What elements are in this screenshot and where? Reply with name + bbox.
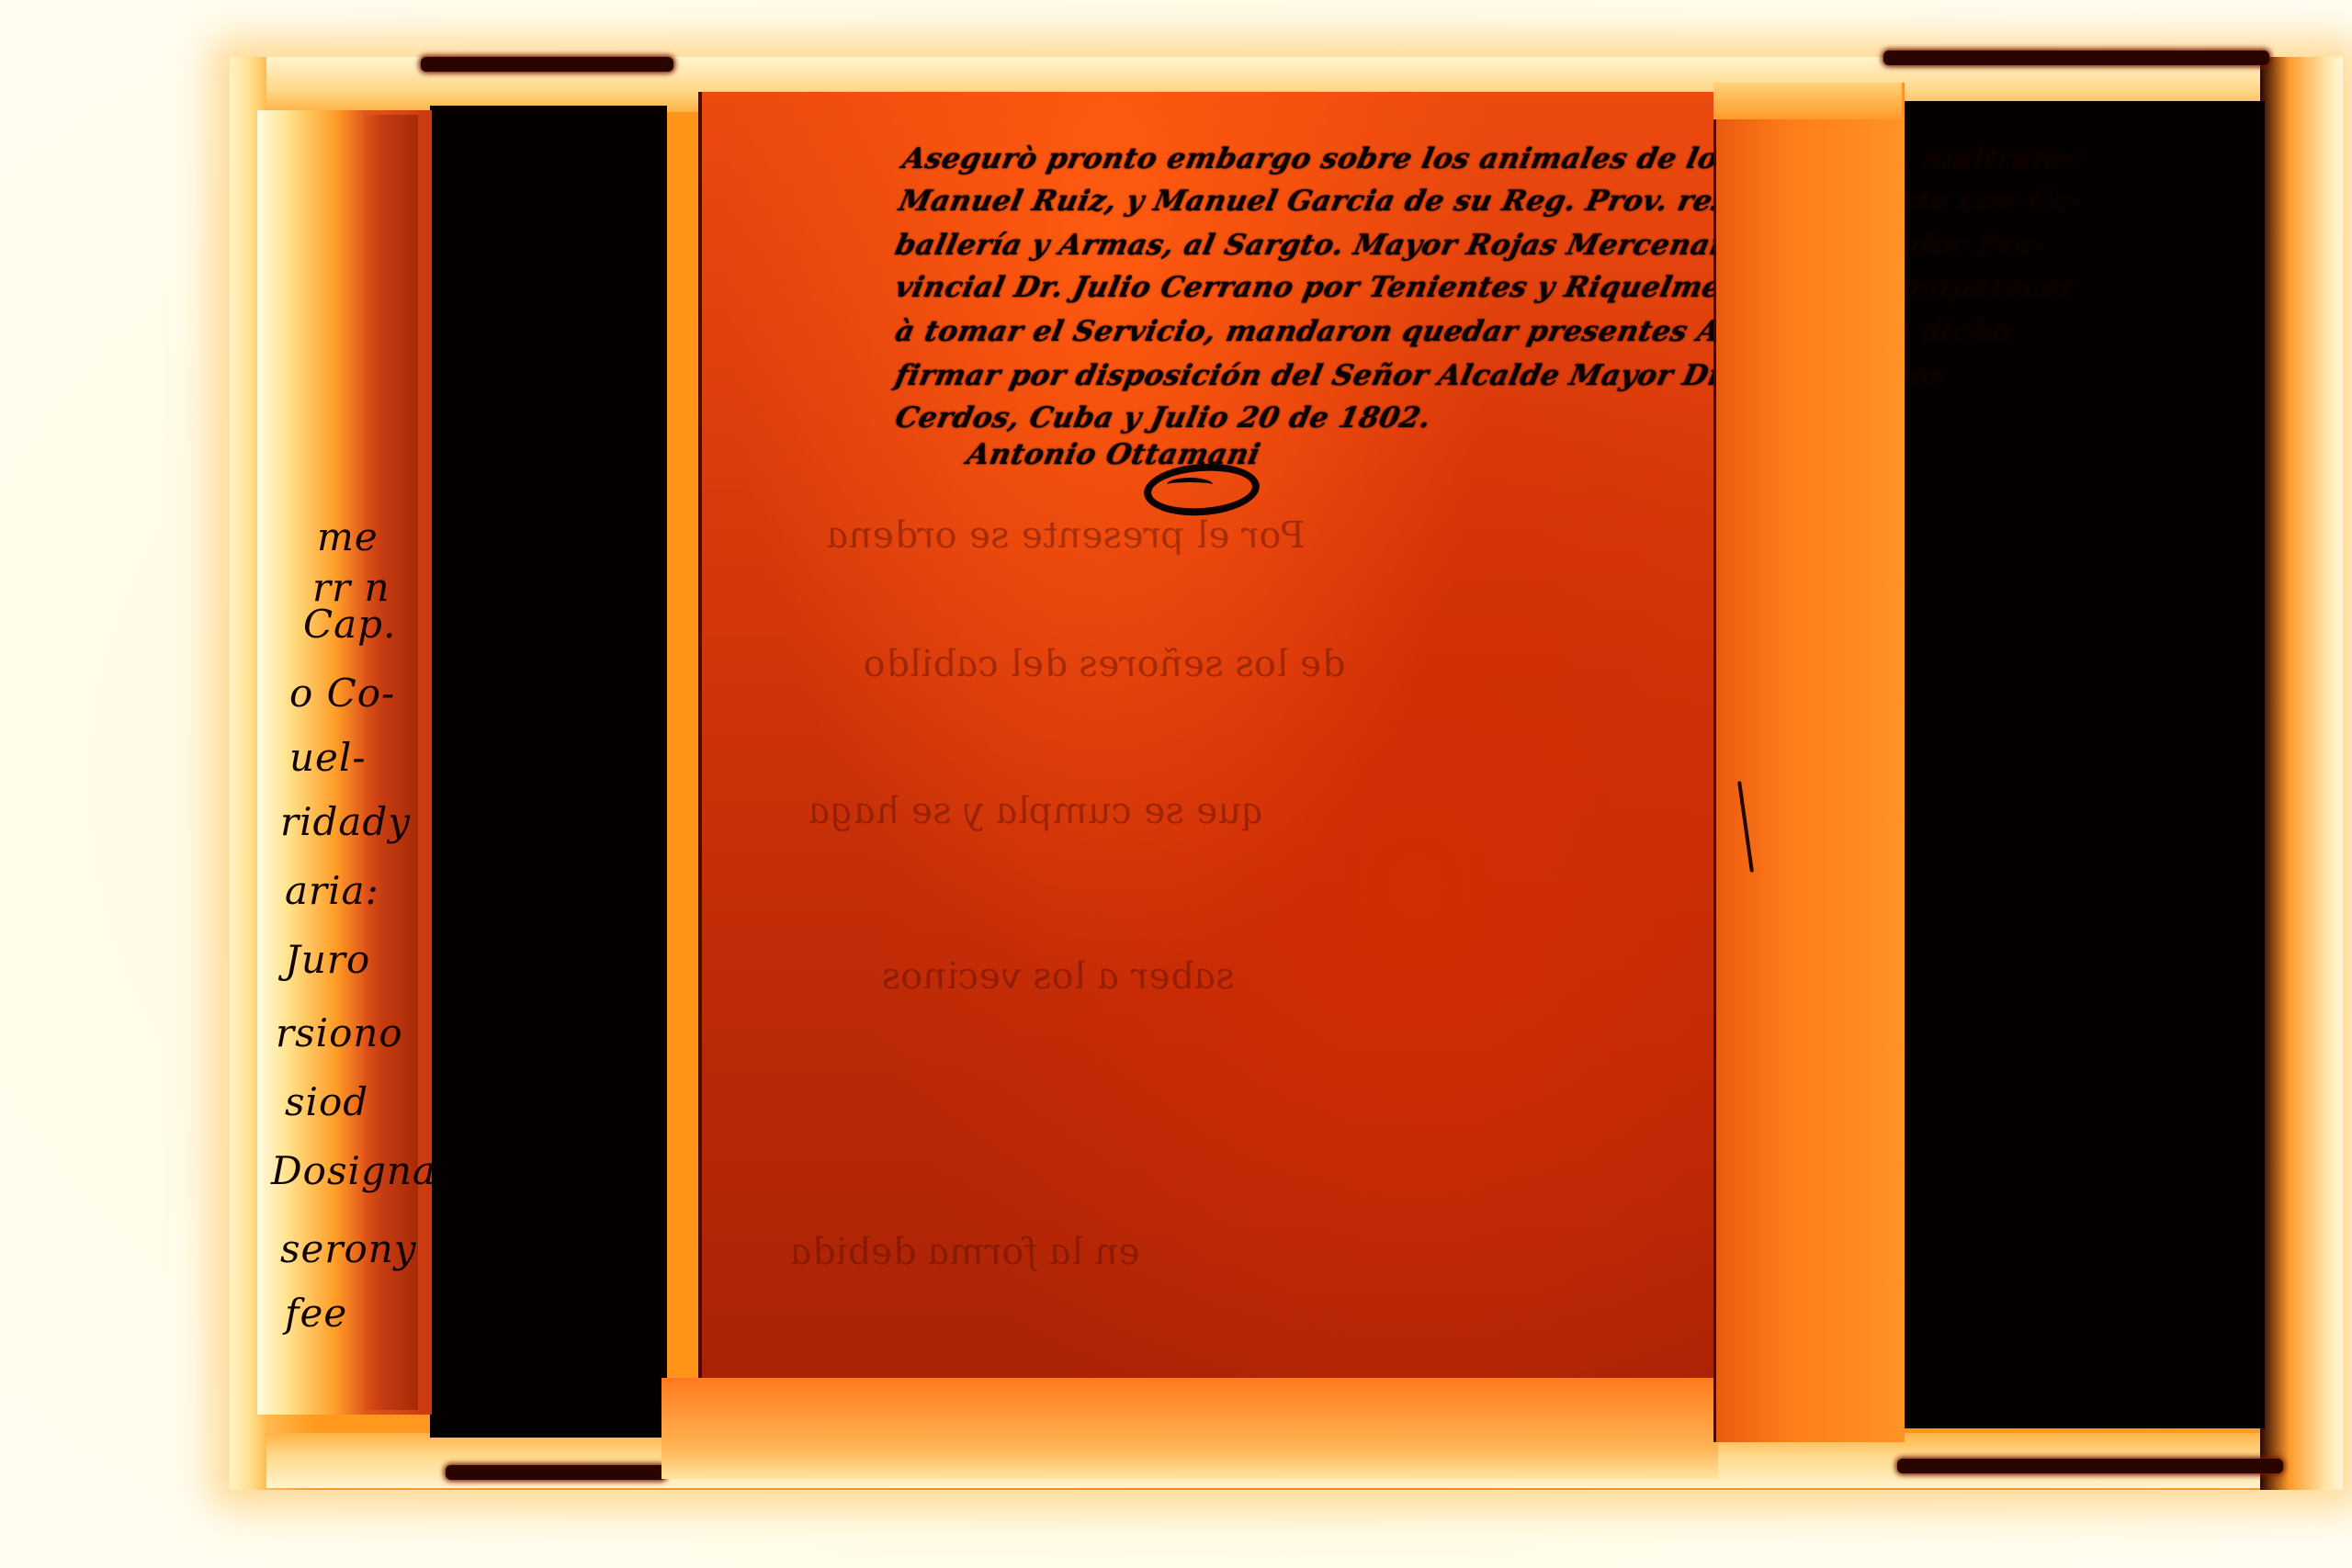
frame-right-edge xyxy=(2260,57,2343,1490)
margin-fragment: me xyxy=(317,514,379,559)
right-page-strip xyxy=(1713,83,1905,1442)
margin-fragment: Cap. xyxy=(303,602,396,647)
bleed-line: saber a los vecinos xyxy=(878,955,1238,998)
clamp-bar-bottom-right xyxy=(1897,1459,2283,1473)
bleed-line: en la forma debida xyxy=(786,1231,1144,1273)
manuscript-text-block: Asegurò pronto embargo sobre los animale… xyxy=(896,142,1704,473)
clamp-bar-bottom-left xyxy=(446,1465,666,1480)
margin-fragment: Juro xyxy=(285,937,370,982)
bleed-through-text: Por el presente se ordena de los señores… xyxy=(753,514,1672,1341)
manuscript-line: Cerdos, Cuba y Julio 20 de 1802. xyxy=(892,401,1434,434)
margin-text-column: me rr n Cap. o Co- uel- ridady aria: Jur… xyxy=(262,514,436,1341)
margin-fragment: o Co- xyxy=(289,671,395,716)
margin-fragment: Dosigna xyxy=(271,1148,436,1193)
bleed-line: Por el presente se ordena xyxy=(823,514,1308,557)
margin-fragment: rsiono xyxy=(276,1010,403,1055)
margin-fragment: ridady xyxy=(280,799,411,844)
bleed-line: de los señores del cabildo xyxy=(860,643,1349,685)
clamp-bar-top-left xyxy=(421,57,673,72)
margin-fragment: uel- xyxy=(289,735,367,780)
manuscript-line: Asegurò pronto embargo sobre los animale… xyxy=(899,142,2085,175)
manuscript-line: Manuel Ruiz, y Manuel Garcia de su Reg. … xyxy=(896,185,2086,218)
right-page-strip-top xyxy=(1713,83,1902,119)
signature-flourish-inner xyxy=(1167,478,1213,491)
dark-void-left xyxy=(430,106,667,1438)
margin-fragment: fee xyxy=(285,1291,347,1336)
margin-fragment: serony xyxy=(280,1226,417,1271)
clamp-bar-top-right xyxy=(1883,51,2269,65)
margin-fragment: siod xyxy=(285,1079,368,1124)
bleed-line: que se cumpla y se haga xyxy=(805,790,1269,832)
margin-fragment: aria: xyxy=(285,868,379,913)
manuscript-page-bottom-edge xyxy=(661,1378,1718,1479)
